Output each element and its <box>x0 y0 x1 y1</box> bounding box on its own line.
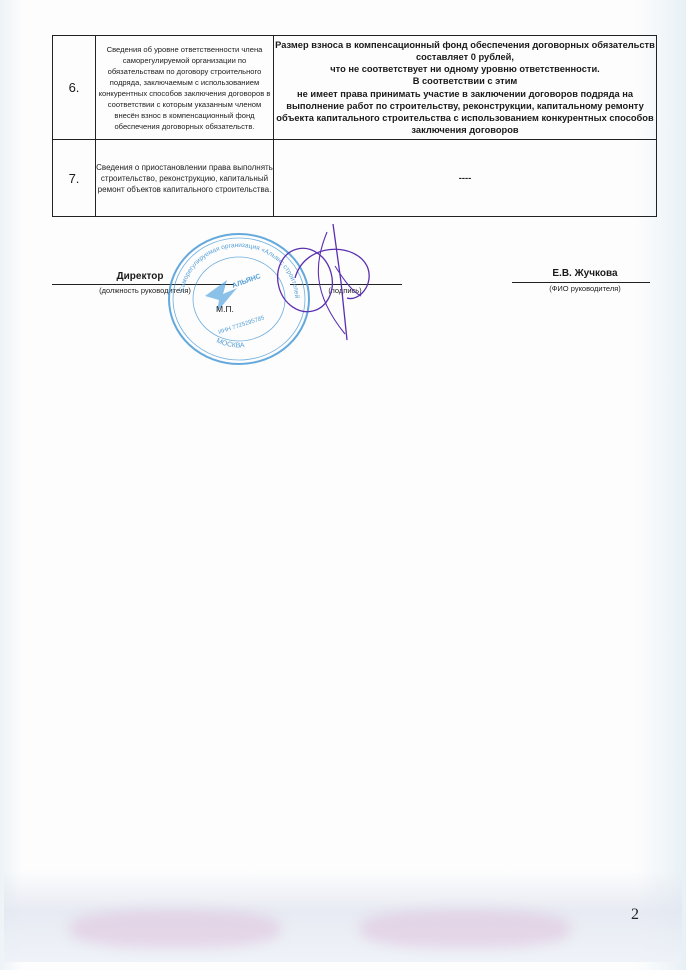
svg-text:МОСКВА: МОСКВА <box>215 338 245 350</box>
director-name: Е.В. Жучкова <box>530 268 640 279</box>
table-row: 6. Сведения об уровне ответственности чл… <box>53 36 657 140</box>
name-line <box>512 282 650 283</box>
name-caption: (ФИО руководителя) <box>530 284 640 293</box>
row-description: Сведения об уровне ответственности члена… <box>96 36 274 140</box>
row-description: Сведения о приостановлении права выполня… <box>96 140 274 217</box>
scan-artifact-smudge <box>70 910 280 948</box>
svg-text:АЛЬЯНС: АЛЬЯНС <box>231 273 262 290</box>
page-number: 2 <box>631 906 639 924</box>
info-table: 6. Сведения об уровне ответственности чл… <box>52 35 657 217</box>
value-line: Размер взноса в компенсационный фонд обе… <box>274 39 656 51</box>
seal-mark: М.П. <box>216 304 234 314</box>
row-value: Размер взноса в компенсационный фонд обе… <box>274 36 657 140</box>
value-line: что не соответствует ни одному уровню от… <box>274 63 656 75</box>
value-line: составляет 0 рублей, <box>274 51 656 63</box>
table-row: 7. Сведения о приостановлении права выпо… <box>53 140 657 217</box>
value-line: В соответствии с этим <box>274 75 656 87</box>
row-number: 6. <box>53 36 96 140</box>
value-line: не имеет права принимать участие в заклю… <box>274 88 656 137</box>
scan-artifact-smudge <box>360 910 570 948</box>
svg-text:ИНН 7725295785: ИНН 7725295785 <box>218 315 266 336</box>
scan-edge-shadow-left <box>0 0 22 970</box>
row-value: ---- <box>274 140 657 217</box>
row-number: 7. <box>53 140 96 217</box>
handwritten-signature-icon <box>275 222 395 342</box>
document-page: 6. Сведения об уровне ответственности чл… <box>0 0 686 970</box>
